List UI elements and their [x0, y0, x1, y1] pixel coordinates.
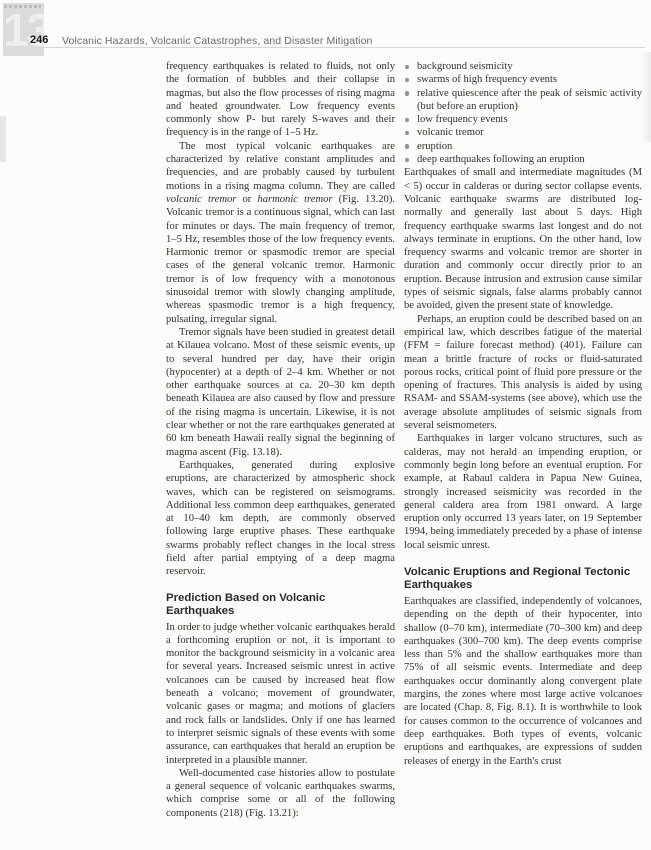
paragraph: The most typical volcanic earthquakes ar… [166, 140, 395, 326]
bullet-icon [405, 78, 409, 82]
right-column: background seismicity swarms of high fre… [404, 60, 642, 820]
running-title: Volcanic Hazards, Volcanic Catastrophes,… [62, 35, 372, 47]
page-number: 246 [30, 34, 48, 46]
paragraph: In order to judge whether volcanic earth… [166, 621, 395, 767]
list-item-text: volcanic tremor [417, 127, 484, 138]
list-item: low frequency events [404, 113, 642, 126]
chapter-tab: 13 [3, 3, 44, 56]
book-page: 13 246 Volcanic Hazards, Volcanic Catast… [0, 0, 651, 850]
list-item: relative quiescence after the peak of se… [404, 87, 642, 114]
text-columns: frequency earthquakes is related to flui… [166, 60, 642, 820]
paragraph: frequency earthquakes is related to flui… [166, 60, 395, 140]
chapter-number: 13 [3, 4, 44, 56]
section-heading: Prediction Based on Volcanic Earthquakes [166, 592, 395, 619]
paragraph-text: or [236, 194, 257, 205]
paragraph: Earthquakes in larger volcano structures… [404, 432, 642, 552]
bullet-icon [405, 118, 409, 122]
list-item: volcanic tremor [404, 126, 642, 139]
paragraph-text: The most typical volcanic earthquakes ar… [166, 141, 395, 192]
list-item-text: low frequency events [417, 114, 508, 125]
paragraph-text: (Fig. 13.20). Volcanic tremor is a conti… [166, 194, 395, 325]
bullet-list: background seismicity swarms of high fre… [404, 60, 642, 166]
italic-term: harmonic tremor [257, 194, 332, 205]
paragraph: Tremor signals have been studied in grea… [166, 326, 395, 459]
left-column: frequency earthquakes is related to flui… [166, 60, 395, 820]
list-item: eruption [404, 140, 642, 153]
paragraph: Earthquakes are classified, independentl… [404, 595, 642, 768]
paragraph: Well-documented case histories allow to … [166, 767, 395, 820]
paragraph: Perhaps, an eruption could be described … [404, 313, 642, 433]
list-item-text: eruption [417, 141, 452, 152]
bullet-icon [405, 65, 409, 69]
list-item-text: relative quiescence after the peak of se… [417, 88, 642, 112]
bullet-icon [405, 91, 409, 95]
list-item: deep earthquakes following an eruption [404, 153, 642, 166]
list-item: background seismicity [404, 60, 642, 73]
list-item: swarms of high frequency events [404, 73, 642, 86]
list-item-text: deep earthquakes following an eruption [417, 154, 585, 165]
list-item-text: swarms of high frequency events [417, 74, 557, 85]
header-rule [30, 47, 645, 48]
list-item-text: background seismicity [417, 61, 513, 72]
italic-term: volcanic tremor [166, 194, 236, 205]
scan-edge-artifact [0, 116, 6, 162]
bullet-icon [405, 158, 409, 162]
scan-shading-artifact [641, 52, 651, 142]
section-heading: Volcanic Eruptions and Regional Tectonic… [404, 566, 642, 593]
bullet-icon [405, 131, 409, 135]
paragraph: Earthquakes, generated during explosive … [166, 459, 395, 579]
paragraph: Earthquakes of small and intermediate ma… [404, 166, 642, 312]
bullet-icon [405, 144, 409, 148]
